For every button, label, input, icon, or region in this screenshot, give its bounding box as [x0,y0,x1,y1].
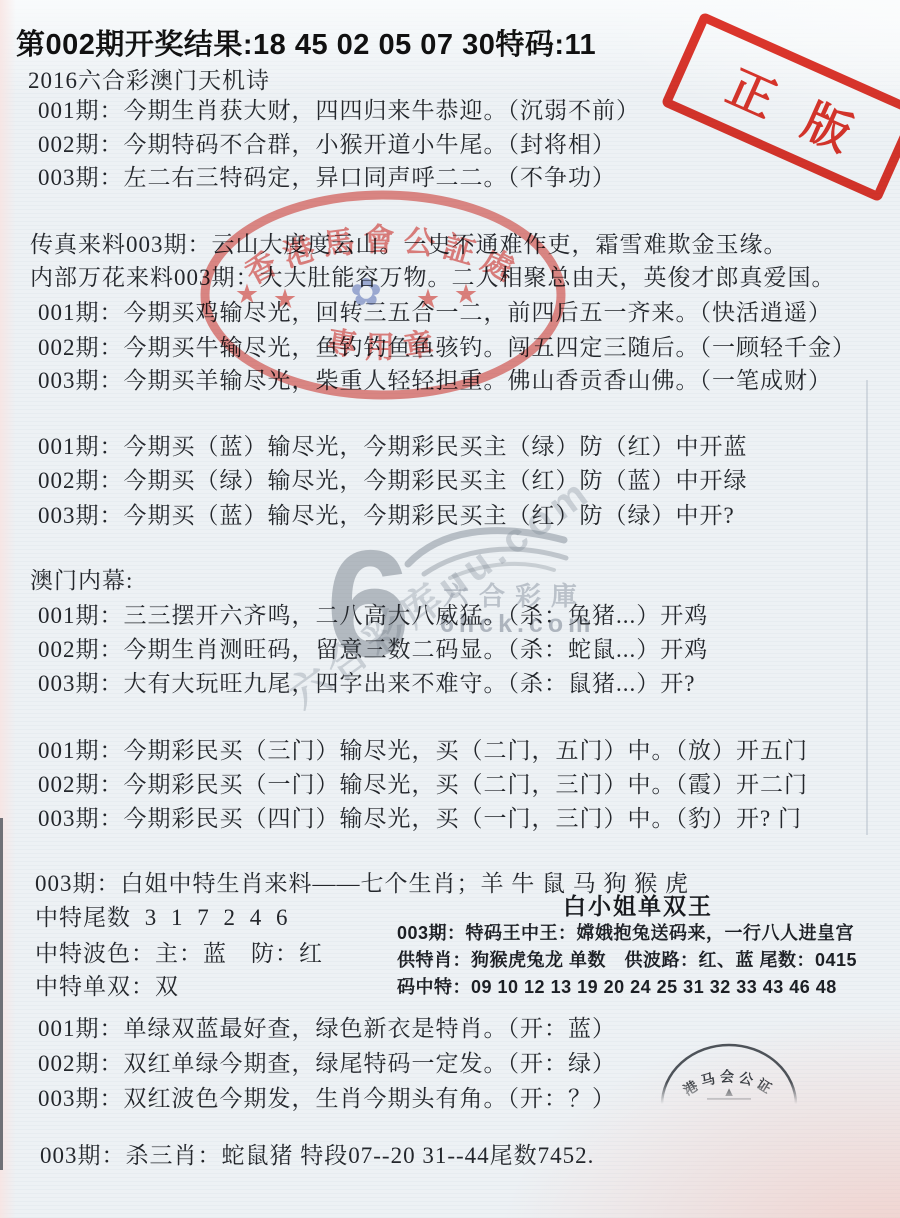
svg-text:香港馬會公証處: 香港馬會公証處 [239,223,526,291]
box-title: 白小姐单双王 [563,888,713,921]
certified-stamp-text: 正版 [685,35,897,178]
oval-stamp-bottom-text: 專用章 [324,325,446,365]
oval-seal-stamp: 香港馬會公証處 專用章 ★ ★ ★ ★ ✿ [190,185,580,415]
notary-emblem-icon: ▲ [723,1084,736,1099]
poem-line: 002期：今期特码不合群，小猴开道小牛尾。（封将相） [38,126,616,159]
paper-crease [866,380,868,835]
wave-line: 003期：双红波色今期发，生肖今期头有角。（开：？） [38,1080,616,1113]
scanned-lottery-sheet: 六合彩库uu.com 6 六合彩庫 6hck.com 第002期开奖结果:18 … [0,0,900,1218]
box-line: 003期：特码王中王：嫦娥抱兔送码来，一行八人进皇宫 [397,919,854,945]
scan-edge-line [0,818,3,1170]
buy-color-line: 001期：今期买（蓝）输尽光，今期彩民买主（绿）防（红）中开蓝 [38,428,748,461]
sheet-subtitle: 2016六合彩澳门天机诗 [28,62,270,95]
tail-numbers-line: 中特尾数 3 1 7 2 4 6 [35,899,289,932]
wave-color-line: 中特波色：主：蓝 防：红 [35,935,323,968]
certified-stamp: 正版 [661,12,900,203]
star-icon: ★ [235,279,259,309]
star-icon: ★ [454,279,478,309]
box-line: 供特肖：狗猴虎兔龙 单数 供波路：红、蓝 尾数：0415 [397,946,857,972]
door-line: 001期：今期彩民买（三门）输尽光，买（二门，五门）中。（放）开五门 [38,732,808,765]
kill-zodiac-line: 003期：杀三肖：蛇鼠猪 特段07--20 31--44尾数7452. [40,1137,594,1170]
buy-color-line: 003期：今期买（蓝）输尽光，今期彩民买主（红）防（绿）中开? [38,497,735,530]
odd-even-line: 中特单双：双 [35,968,179,1001]
flower-emblem-icon: ✿ [350,272,382,314]
star-icon: ★ [273,284,297,314]
draw-result-headline: 第002期开奖结果:18 45 02 05 07 30特码:11 [16,22,596,63]
macau-line: 003期：大有大玩旺九尾，四字出来不难守。（杀：鼠猪...）开? [38,665,695,698]
door-line: 002期：今期彩民买（一门）输尽光，买（二门，三门）中。（霞）开二门 [38,766,808,799]
star-icon: ★ [416,284,440,314]
door-line: 003期：今期彩民买（四门）输尽光，买（一门，三门）中。（豹）开? 门 [38,800,802,833]
buy-color-line: 002期：今期买（绿）输尽光，今期彩民买主（红）防（蓝）中开绿 [38,462,748,495]
macau-heading: 澳门内幕: [30,562,133,595]
macau-line: 002期：今期生肖测旺码，留意三数二码显。（杀：蛇鼠...）开鸡 [38,631,708,664]
oval-stamp-top-text: 香港馬會公証處 [239,223,526,291]
notary-seal-stamp: 港马会公证 ▲ [645,1030,815,1125]
macau-line: 001期：三三摆开六齐鸣，二八高大八威猛。（杀：兔猪...）开鸡 [38,597,708,630]
box-line: 码中特：09 10 12 13 19 20 24 25 31 32 33 43 … [397,973,837,999]
wave-line: 002期：双红单绿今期查，绿尾特码一定发。（开：绿） [38,1045,616,1078]
notary-emblem-base [707,1098,751,1100]
wave-line: 001期：单绿双蓝最好查，绿色新衣是特肖。（开：蓝） [38,1010,616,1043]
poem-line: 001期：今期生肖获大财，四四归来牛恭迎。（沉弱不前） [38,92,640,125]
svg-text:專用章: 專用章 [324,325,446,365]
